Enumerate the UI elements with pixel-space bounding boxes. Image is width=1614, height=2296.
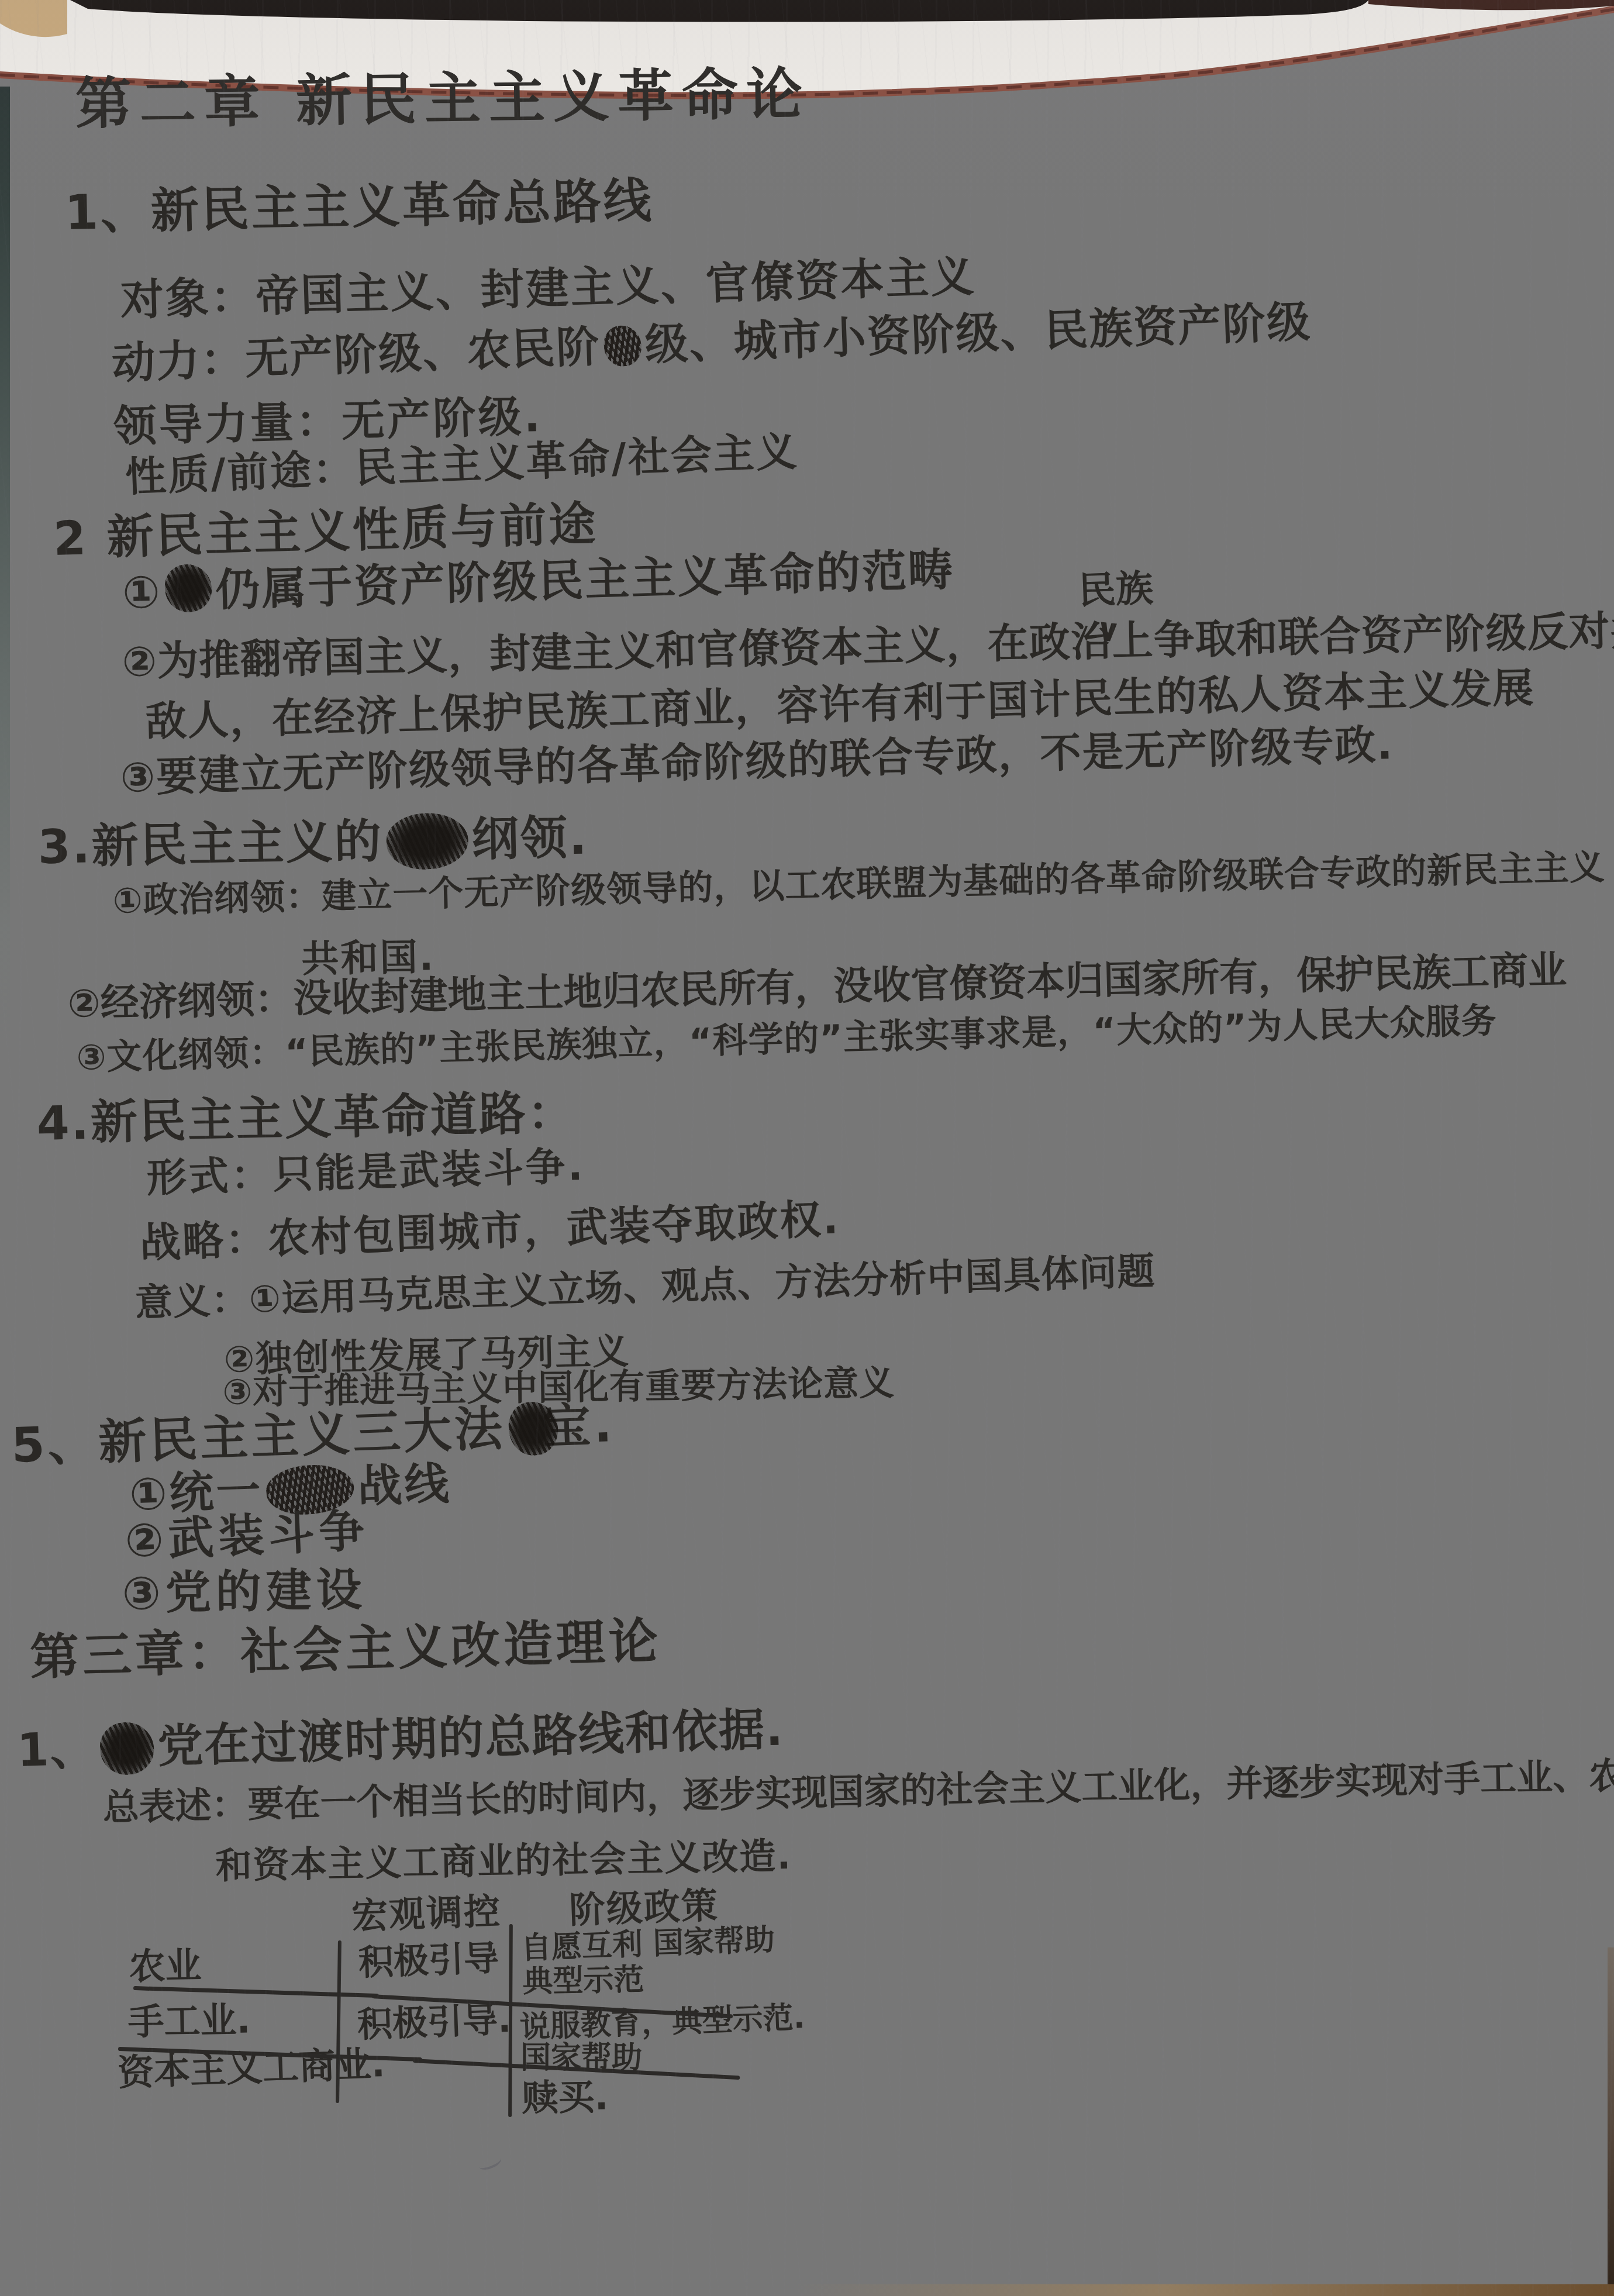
table-cell-agriculture-policy-1: 自愿互利 国家帮助 <box>520 1924 775 1965</box>
chapter3-heading-1-number: 1、 <box>16 1722 98 1777</box>
table-cell-capitalist-policy-1: 赎买. <box>522 2077 609 2117</box>
table-row-label-handicraft: 手工业. <box>127 2001 251 2041</box>
heading-section-4: 4.新民主主义革命道路： <box>36 1088 577 1149</box>
table-vertical-line-2 <box>508 1924 513 2117</box>
table-horizontal-line-1a <box>133 1986 379 1998</box>
table-row-label-agriculture: 农业 <box>129 1946 202 1985</box>
section4-form: 形式：只能是武装斗争. <box>146 1146 586 1199</box>
scribble-mark <box>98 1719 156 1777</box>
handwritten-notes-page: 第二章 新民主主义革命论 1、新民主主义革命总路线 对象：帝国主义、封建主义、官… <box>0 0 1614 2296</box>
heading-section-5: 5、新民主主义三大法宝. <box>11 1399 616 1474</box>
chapter3-statement-line2: 和资本主义工商业的社会主义改造. <box>215 1837 792 1885</box>
heading-section-3-pre: 3.新民主主义的 <box>37 814 384 874</box>
section5-item1-post: 战线 <box>357 1457 452 1513</box>
table-cell-agriculture-method: 积极引导 <box>358 1940 499 1982</box>
chapter3-title: 第三章：社会主义改造理论 <box>29 1615 662 1683</box>
heading-section-3: 3.新民主主义的纲领. <box>37 811 589 876</box>
page-left-edge-shadow <box>0 87 10 1046</box>
heading-section-1: 1、新民主主义革命总路线 <box>64 176 654 239</box>
table-col-header-method: 宏观调控 <box>351 1892 502 1935</box>
section4-meaning-1: 意义：①运用马克思主义立场、观点、方法分析中国具体问题 <box>134 1252 1156 1323</box>
pencil-smudge-mark <box>477 2153 503 2173</box>
chapter3-heading-1-text: 党在过渡时期的总路线和依据. <box>157 1703 785 1773</box>
insertion-word: 民族 <box>1078 570 1154 612</box>
scribble-mark <box>384 809 471 873</box>
page-right-edge-shadow <box>1608 1947 1614 2296</box>
table-cell-handicraft-method: 积极引导. <box>357 2002 512 2044</box>
table-cell-agriculture-policy-2: 典型示范 <box>522 1964 644 1998</box>
section2-item1-number: ① <box>122 566 163 619</box>
scribble-mark <box>602 323 643 368</box>
scribble-mark <box>163 562 215 614</box>
page-bottom-edge-shadow <box>795 2284 1614 2296</box>
heading-section-2: 2 新民主主义性质与前途 <box>53 499 598 564</box>
section4-strategy: 战略：农村包围城市，武装夺取政权. <box>139 1198 840 1265</box>
line-motive-force-pre: 动力：无产阶级、农民阶 <box>111 322 601 389</box>
chapter3-heading-1: 1、党在过渡时期的总路线和依据. <box>16 1704 785 1778</box>
heading-section-3-post: 纲领. <box>471 811 589 867</box>
chapter2-title: 第二章 新民主主义革命论 <box>75 64 811 133</box>
section5-item2: ②武装斗争 <box>124 1508 370 1566</box>
table-col-header-policy: 阶级政策 <box>568 1886 719 1929</box>
section5-item3: ③党的建设 <box>122 1567 367 1619</box>
